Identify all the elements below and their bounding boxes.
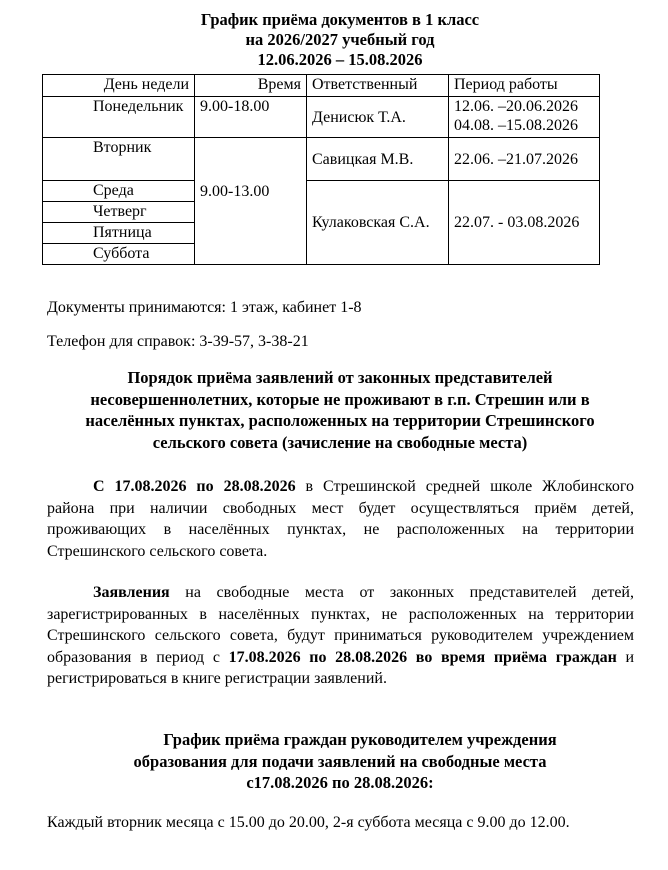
reception-title-line-3: с17.08.2026 по 28.08.2026: xyxy=(40,772,640,794)
time-tue-sat: 9.00-13.00 xyxy=(195,138,307,265)
period-denisyuk: 12.06. –20.06.2026 04.08. –15.08.2026 xyxy=(449,97,600,138)
title-line-3: 12.06.2026 – 15.08.2026 xyxy=(0,50,668,70)
table-row: Вторник 9.00-13.00 Савицкая М.В. 22.06. … xyxy=(43,138,600,181)
enrollment-dates: С 17.08.2026 по 28.08.2026 xyxy=(93,478,296,495)
day-friday: Пятница xyxy=(43,223,195,244)
title-line-1: График приёма документов в 1 класс xyxy=(0,10,668,30)
applications-dates: 17.08.2026 по 28.08.2026 во время приёма… xyxy=(229,649,617,666)
day-wednesday: Среда xyxy=(43,181,195,202)
day-thursday: Четверг xyxy=(43,202,195,223)
phone-text: Телефон для справок: 3-39-57, 3-38-21 xyxy=(47,331,634,353)
applications-word: Заявления xyxy=(93,584,170,601)
col-header-day: День недели xyxy=(43,75,195,97)
schedule-table: День недели Время Ответственный Период р… xyxy=(42,74,600,265)
day-saturday: Суббота xyxy=(43,244,195,265)
table-row: Понедельник 9.00-18.00 Денисюк Т.А. 12.0… xyxy=(43,97,600,138)
day-tuesday: Вторник xyxy=(43,138,195,181)
period-kulakovskaya: 22.07. - 03.08.2026 xyxy=(449,181,600,265)
col-header-responsible: Ответственный xyxy=(307,75,449,97)
reception-title-line-1: График приёма граждан руководителем учре… xyxy=(40,729,640,751)
table-row: Среда Кулаковская С.А. 22.07. - 03.08.20… xyxy=(43,181,600,202)
paragraph-enrollment-period: С 17.08.2026 по 28.08.2026 в Стрешинской… xyxy=(47,476,634,562)
period-denisyuk-2: 04.08. –15.08.2026 xyxy=(454,116,594,135)
reception-schedule-text: Каждый вторник месяца с 15.00 до 20.00, … xyxy=(47,812,607,834)
day-monday: Понедельник xyxy=(43,97,195,138)
responsible-denisyuk: Денисюк Т.А. xyxy=(307,97,449,138)
col-header-time: Время xyxy=(195,75,307,97)
col-header-period: Период работы xyxy=(449,75,600,97)
location-text: Документы принимаются: 1 этаж, кабинет 1… xyxy=(47,297,634,319)
table-header-row: День недели Время Ответственный Период р… xyxy=(43,75,600,97)
reception-title-line-2: образования для подачи заявлений на своб… xyxy=(40,751,640,773)
period-savitskaya: 22.06. –21.07.2026 xyxy=(449,138,600,181)
paragraph-applications: Заявления на свободные места от законных… xyxy=(47,582,634,690)
responsible-savitskaya: Савицкая М.В. xyxy=(307,138,449,181)
document-title: График приёма документов в 1 класс на 20… xyxy=(0,10,668,70)
section-title-reception: График приёма граждан руководителем учре… xyxy=(40,729,640,794)
time-monday: 9.00-18.00 xyxy=(195,97,307,138)
section-title-enrollment: Порядок приёма заявлений от законных пре… xyxy=(80,367,600,453)
responsible-kulakovskaya: Кулаковская С.А. xyxy=(307,181,449,265)
title-line-2: на 2026/2027 учебный год xyxy=(0,30,668,50)
period-denisyuk-1: 12.06. –20.06.2026 xyxy=(454,97,594,116)
